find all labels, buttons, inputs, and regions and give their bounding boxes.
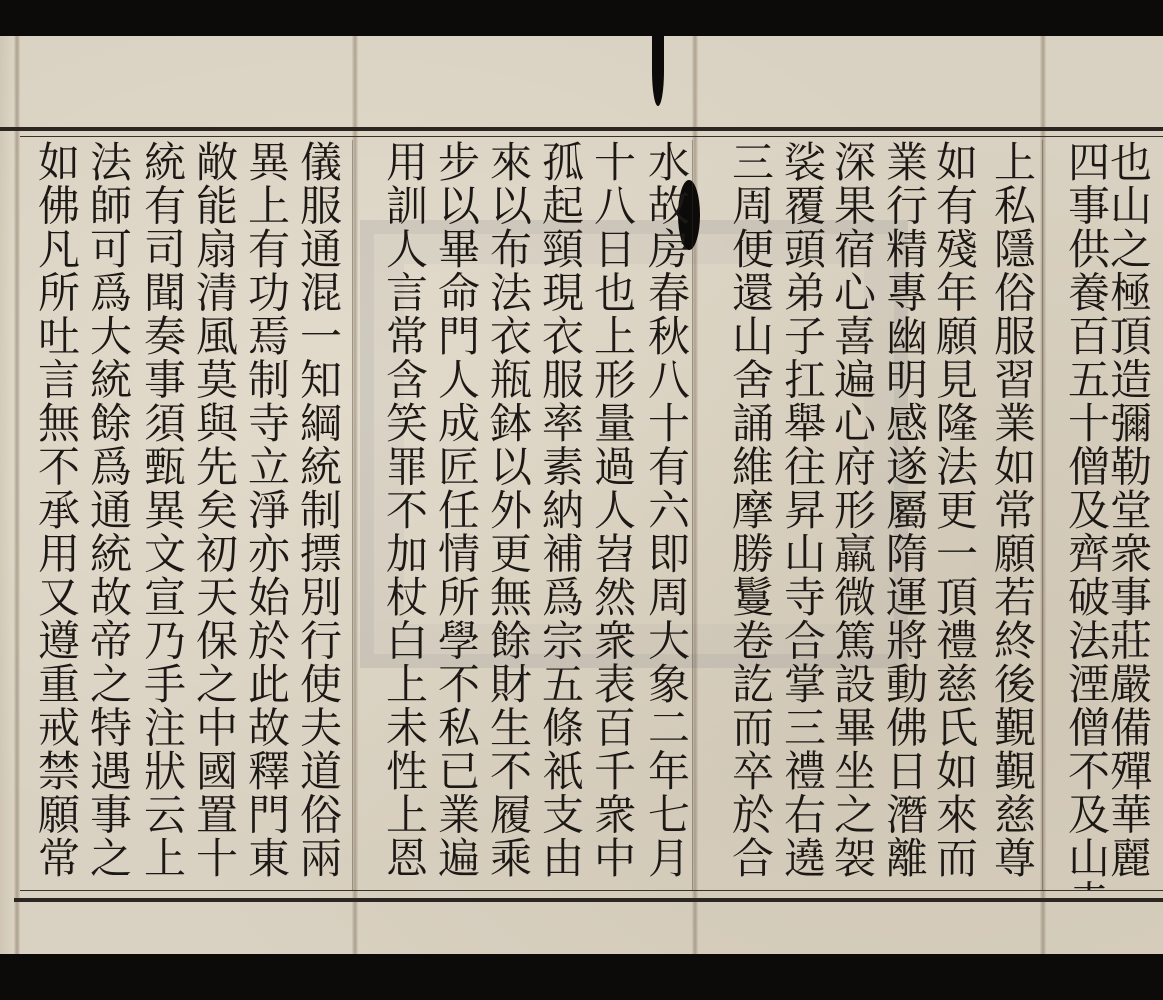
text-column: 異上有功焉制寺立淨亦始於此故釋門東 — [238, 140, 294, 890]
text-column: 深果宿心喜遍心府形羸微篤設畢坐之袈 — [824, 140, 880, 890]
text-column: 儀服通混一知綱統制摽別行使夫道俗兩 — [290, 140, 346, 890]
page-seam — [1040, 36, 1046, 954]
text-column: 法師可爲大統餘爲通統故帝之特遇事之 — [80, 140, 136, 890]
text-column: 也山之極頂造彌勒堂衆事莊嚴備殫華麗 — [1100, 140, 1156, 890]
top-border-rule — [0, 127, 1163, 131]
top-inner-rule — [20, 136, 1163, 137]
text-column: 步以畢命門人成匠任情所學不私已業遍 — [428, 140, 484, 890]
text-column: 孤起頸現衣服率素納補爲宗五條衹支由 — [532, 140, 588, 890]
text-column: 如佛凡所吐言無不承用又遵重戒禁願常 — [28, 140, 84, 890]
paper-tear — [652, 36, 664, 106]
text-column: 十八日也上形量過人岧然衆表百千衆中 — [584, 140, 640, 890]
page-seam — [14, 36, 20, 954]
bottom-inner-rule — [20, 890, 1163, 891]
bottom-border-rule — [14, 898, 1163, 902]
text-column: 三周便還山舍誦維摩勝鬘卷訖而卒於合 — [722, 140, 778, 890]
text-column: 業行精專幽明感遂屬隋運將動佛日潛離 — [876, 140, 932, 890]
text-column: 來以布法衣瓶鉢以外更無餘財生不履乘 — [480, 140, 536, 890]
text-column: 統有司聞奏事須甄異文宣乃手注狀云上 — [134, 140, 190, 890]
text-column: 如有殘年願見隆法更一頂禮慈氏如來而 — [926, 140, 982, 890]
column-divider — [1042, 140, 1043, 890]
text-column: 敞能扇清風莫與先矣初天保之中國置十 — [186, 140, 242, 890]
column-divider — [692, 140, 693, 890]
text-column: 用訓人言常含笑罪不加杖白上未性上恩 — [376, 140, 432, 890]
text-column: 裟覆頭弟子扛舉往昇山寺合掌三禮右遶 — [774, 140, 830, 890]
text-column: 上私隱俗服習業如常願若終後覲覲慈尊 — [984, 140, 1040, 890]
text-column: 水故房春秋八十有六即周大象二年七月 — [638, 140, 694, 890]
column-divider — [352, 140, 353, 890]
